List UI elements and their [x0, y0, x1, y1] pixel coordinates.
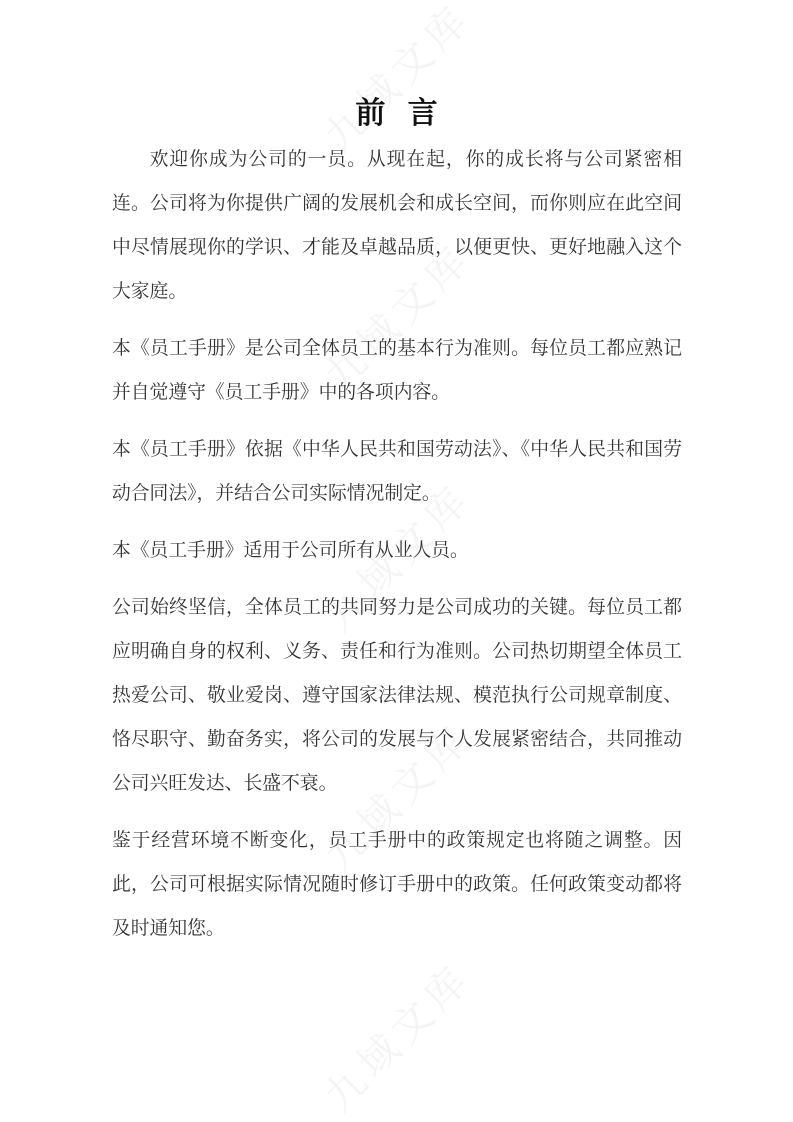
paragraph-applicability: 本《员工手册》适用于公司所有从业人员。: [112, 529, 682, 573]
paragraph-welcome: 欢迎你成为公司的一员。从现在起，你的成长将与公司紧密相连。公司将为你提供广阔的发…: [112, 138, 682, 314]
document-body: 前 言 欢迎你成为公司的一员。从现在起，你的成长将与公司紧密相连。公司将为你提供…: [112, 96, 682, 964]
paragraph-company-belief: 公司始终坚信，全体员工的共同努力是公司成功的关键。每位员工都应明确自身的权利、义…: [112, 586, 682, 806]
paragraph-legal-basis: 本《员工手册》依据《中华人民共和国劳动法》、《中华人民共和国劳动合同法》，并结合…: [112, 428, 682, 516]
paragraph-handbook-basic-rules: 本《员工手册》是公司全体员工的基本行为准则。每位员工都应熟记并自觉遵守《员工手册…: [112, 327, 682, 415]
watermark-text: 九域文库: [309, 948, 482, 1121]
document-page: 九域文库九域文库九域文库九域文库九域文库 前 言 欢迎你成为公司的一员。从现在起…: [0, 0, 793, 1122]
page-title: 前 言: [112, 96, 682, 132]
paragraph-policy-changes: 鉴于经营环境不断变化，员工手册中的政策规定也将随之调整。因此，公司可根据实际情况…: [112, 819, 682, 951]
